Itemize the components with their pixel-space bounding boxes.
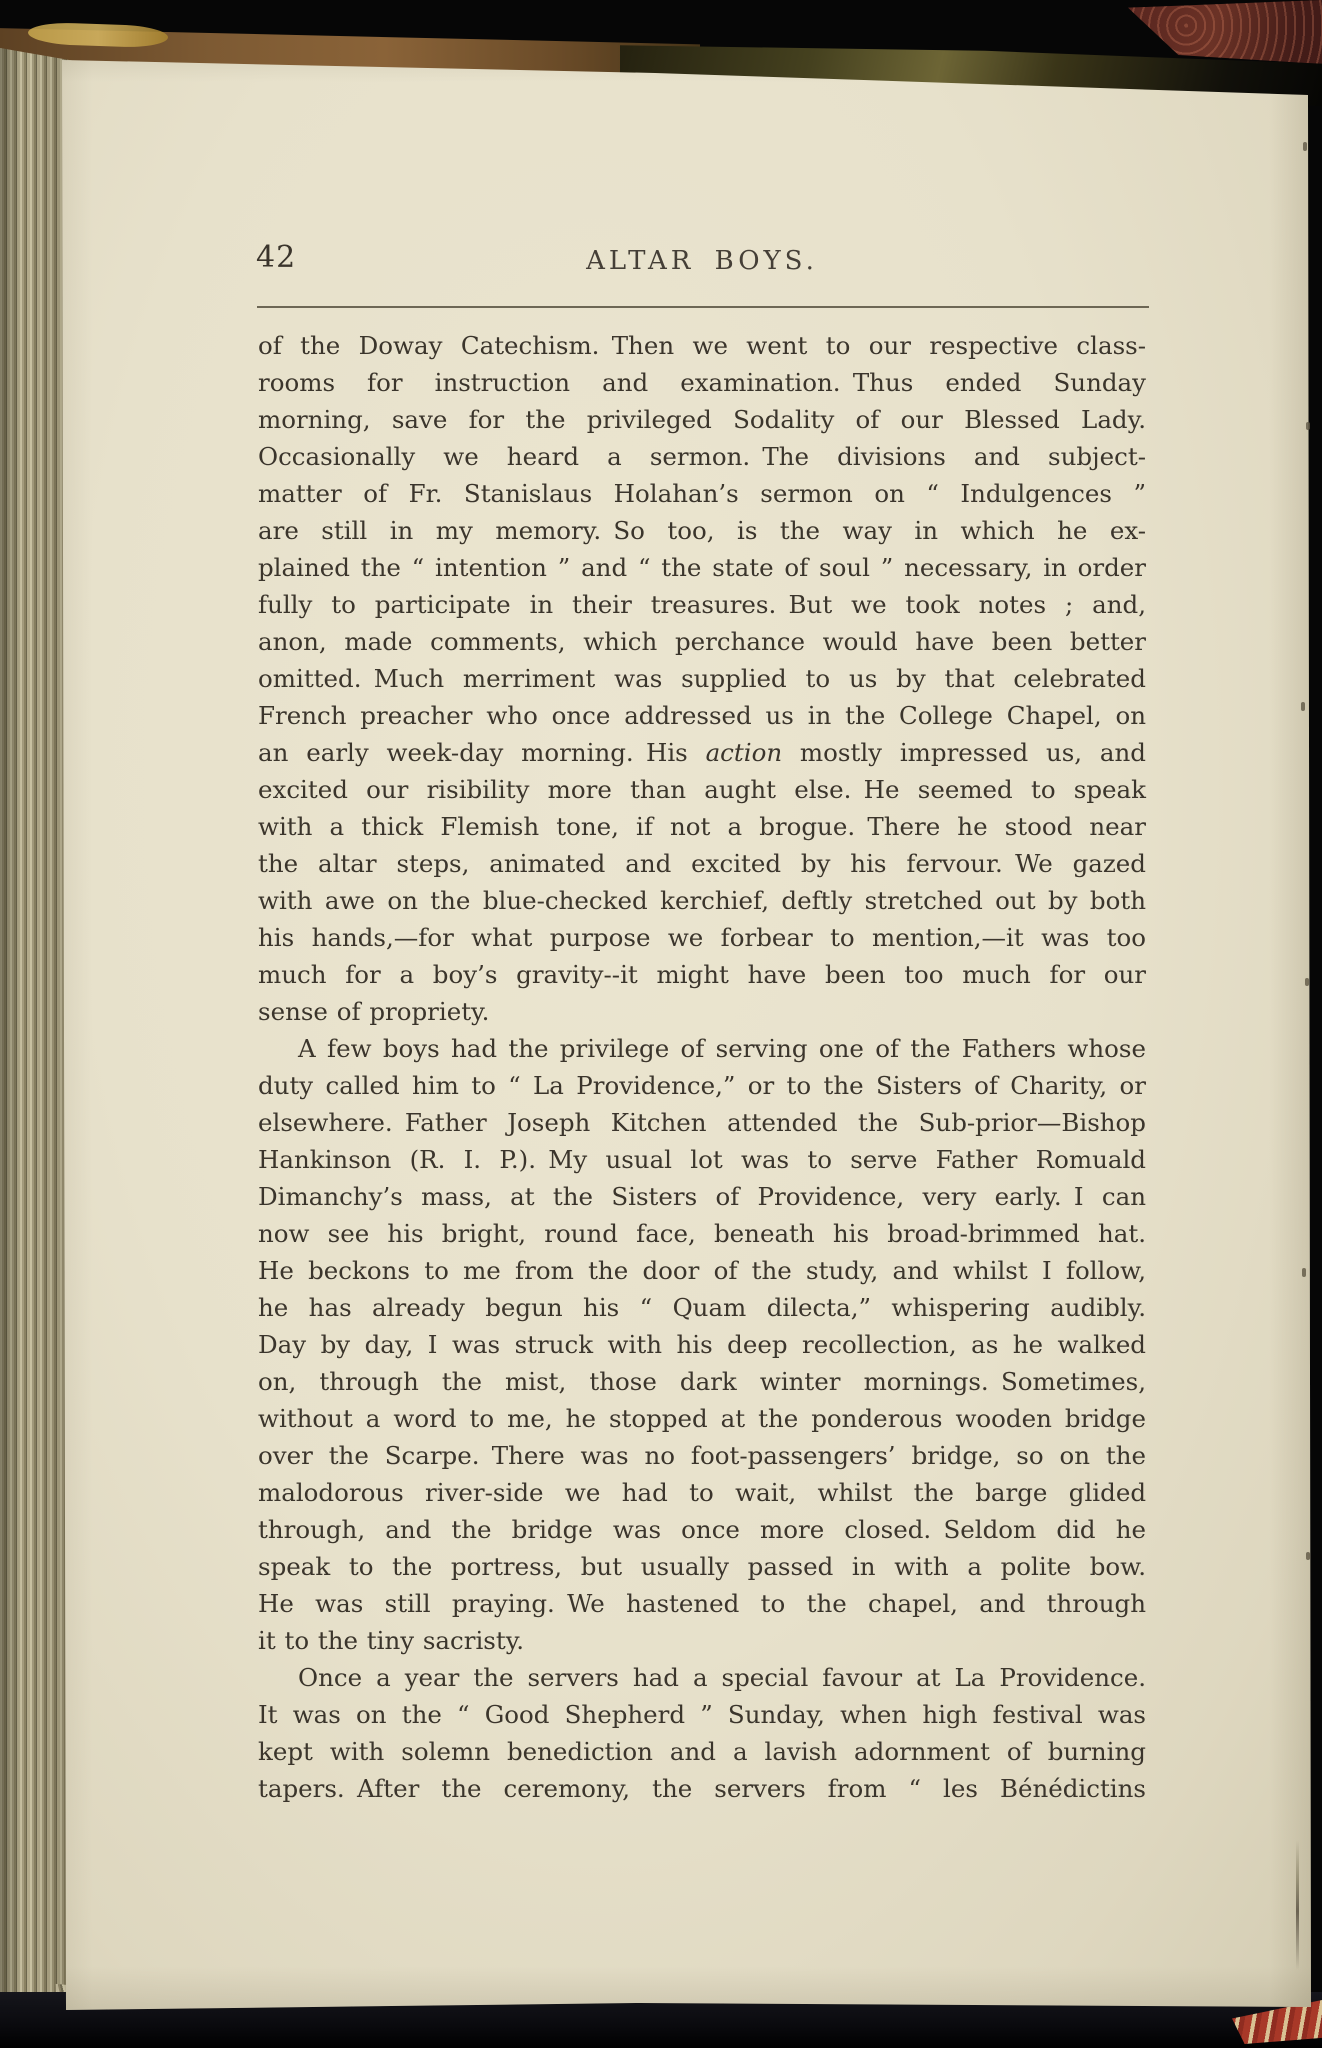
text-segment: matter of Fr. Stanislaus Holahan’s sermo… (258, 479, 1146, 508)
text-segment: duty called him to “ La Providence,” or … (258, 1071, 1146, 1100)
text-segment: He beckons to me from the door of the st… (258, 1256, 1146, 1285)
page-body: of the Doway Catechism. Then we went to … (258, 327, 1146, 1807)
text-segment: the altar steps, animated and excited by… (258, 849, 1146, 878)
text-segment: elsewhere. Father Joseph Kitchen attende… (258, 1108, 1146, 1137)
text-segment: omitted. Much merriment was supplied to … (258, 664, 1146, 693)
text-line: it to the tiny sacristy. (258, 1622, 1146, 1659)
text-line: morning, save for the privileged Sodalit… (258, 401, 1146, 438)
text-segment: through, and the bridge was once more cl… (258, 1515, 1146, 1544)
text-segment: morning, save for the privileged Sodalit… (258, 405, 1146, 434)
text-line: the altar steps, animated and excited by… (258, 845, 1146, 882)
text-segment: Hankinson (R. I. P.). My usual lot was t… (258, 1145, 1146, 1174)
text-line: over the Scarpe. There was no foot-passe… (258, 1437, 1146, 1474)
text-segment: excited our risibility more than aught e… (258, 775, 1146, 804)
text-segment: sense of propriety. (258, 997, 489, 1026)
text-line: duty called him to “ La Providence,” or … (258, 1067, 1146, 1104)
text-segment: He was still praying. We hastened to the… (258, 1589, 1146, 1618)
text-segment: malodorous river-side we had to wait, wh… (258, 1478, 1146, 1507)
page-edge-speck (1305, 978, 1309, 986)
page-edge-speck (1301, 702, 1305, 711)
text-segment: Occasionally we heard a sermon. The divi… (258, 442, 1146, 471)
text-line: now see his bright, round face, beneath … (258, 1215, 1146, 1252)
text-line: Hankinson (R. I. P.). My usual lot was t… (258, 1141, 1146, 1178)
text-line: of the Doway Catechism. Then we went to … (258, 327, 1146, 364)
text-line: Dimanchy’s mass, at the Sisters of Provi… (258, 1178, 1146, 1215)
text-segment: of the Doway Catechism. Then we went to … (258, 331, 1146, 360)
text-segment: it to the tiny sacristy. (258, 1626, 524, 1655)
text-line: his hands,—for what purpose we forbear t… (258, 919, 1146, 956)
text-segment: tapers. After the ceremony, the servers … (258, 1774, 1146, 1803)
text-segment: kept with solemn benediction and a lavis… (258, 1737, 1146, 1766)
text-segment: without a word to me, he stopped at the … (258, 1404, 1146, 1433)
text-line: He was still praying. We hastened to the… (258, 1585, 1146, 1622)
text-line: tapers. After the ceremony, the servers … (258, 1770, 1146, 1807)
text-segment: with awe on the blue-checked kerchief, d… (258, 886, 1146, 915)
text-segment: now see his bright, round face, beneath … (258, 1219, 1146, 1248)
text-line: A few boys had the privilege of serving … (258, 1030, 1146, 1067)
text-line: omitted. Much merriment was supplied to … (258, 660, 1146, 697)
text-line: through, and the bridge was once more cl… (258, 1511, 1146, 1548)
text-segment: mostly impressed us, and (782, 738, 1146, 767)
text-line: He beckons to me from the door of the st… (258, 1252, 1146, 1289)
text-segment: fully to participate in their treasures.… (258, 590, 1146, 619)
text-line: are still in my memory. So too, is the w… (258, 512, 1146, 549)
text-segment: on, through the mist, those dark winter … (258, 1367, 1146, 1396)
running-title: ALTAR BOYS. (258, 246, 1146, 276)
page-edge-crease (1296, 1840, 1299, 1970)
text-line: French preacher who once addressed us in… (258, 697, 1146, 734)
text-line: plained the “ intention ” and “ the stat… (258, 549, 1146, 586)
book-cover-corner (1128, 0, 1322, 64)
text-segment: anon, made comments, which perchance wou… (258, 627, 1146, 656)
text-line: elsewhere. Father Joseph Kitchen attende… (258, 1104, 1146, 1141)
text-segment: Dimanchy’s mass, at the Sisters of Provi… (258, 1182, 1146, 1211)
text-segment: much for a boy’s gravity--it might have … (258, 960, 1146, 989)
text-segment: with a thick Flemish tone, if not a brog… (258, 812, 1146, 841)
text-line: sense of propriety. (258, 993, 1146, 1030)
text-segment: he has already begun his “ Quam dilecta,… (258, 1293, 1146, 1322)
text-line: kept with solemn benediction and a lavis… (258, 1733, 1146, 1770)
text-segment: Once a year the servers had a special fa… (298, 1663, 1146, 1692)
header-rule (257, 306, 1149, 308)
text-segment: Day by day, I was struck with his deep r… (258, 1330, 1146, 1359)
text-line: much for a boy’s gravity--it might have … (258, 956, 1146, 993)
italic-text-segment: action (706, 738, 783, 767)
text-segment: speak to the portress, but usually passe… (258, 1552, 1146, 1581)
text-line: anon, made comments, which perchance wou… (258, 623, 1146, 660)
text-line: Day by day, I was struck with his deep r… (258, 1326, 1146, 1363)
text-line: with a thick Flemish tone, if not a brog… (258, 808, 1146, 845)
text-line: he has already begun his “ Quam dilecta,… (258, 1289, 1146, 1326)
text-line: malodorous river-side we had to wait, wh… (258, 1474, 1146, 1511)
page-edge-speck (1303, 142, 1307, 151)
text-segment: rooms for instruction and examination. T… (258, 368, 1146, 397)
text-segment: It was on the “ Good Shepherd ” Sunday, … (258, 1700, 1146, 1729)
text-segment: his hands,—for what purpose we forbear t… (258, 923, 1146, 952)
text-line: excited our risibility more than aught e… (258, 771, 1146, 808)
text-line: matter of Fr. Stanislaus Holahan’s sermo… (258, 475, 1146, 512)
text-segment: plained the “ intention ” and “ the stat… (258, 553, 1146, 582)
text-line: fully to participate in their treasures.… (258, 586, 1146, 623)
text-line: with awe on the blue-checked kerchief, d… (258, 882, 1146, 919)
text-segment: are still in my memory. So too, is the w… (258, 516, 1146, 545)
text-line: on, through the mist, those dark winter … (258, 1363, 1146, 1400)
text-segment: an early week-day morning. His (258, 738, 706, 767)
text-segment: French preacher who once addressed us in… (258, 701, 1146, 730)
text-line: Occasionally we heard a sermon. The divi… (258, 438, 1146, 475)
text-line: rooms for instruction and examination. T… (258, 364, 1146, 401)
text-line: speak to the portress, but usually passe… (258, 1548, 1146, 1585)
page-edge-speck (1306, 422, 1310, 430)
text-line: without a word to me, he stopped at the … (258, 1400, 1146, 1437)
text-line: an early week-day morning. His action mo… (258, 734, 1146, 771)
page-edge-speck (1306, 1552, 1310, 1560)
text-line: It was on the “ Good Shepherd ” Sunday, … (258, 1696, 1146, 1733)
page-edge-speck (1302, 1268, 1306, 1277)
text-segment: over the Scarpe. There was no foot-passe… (258, 1441, 1146, 1470)
text-line: Once a year the servers had a special fa… (258, 1659, 1146, 1696)
text-segment: A few boys had the privilege of serving … (298, 1034, 1146, 1063)
